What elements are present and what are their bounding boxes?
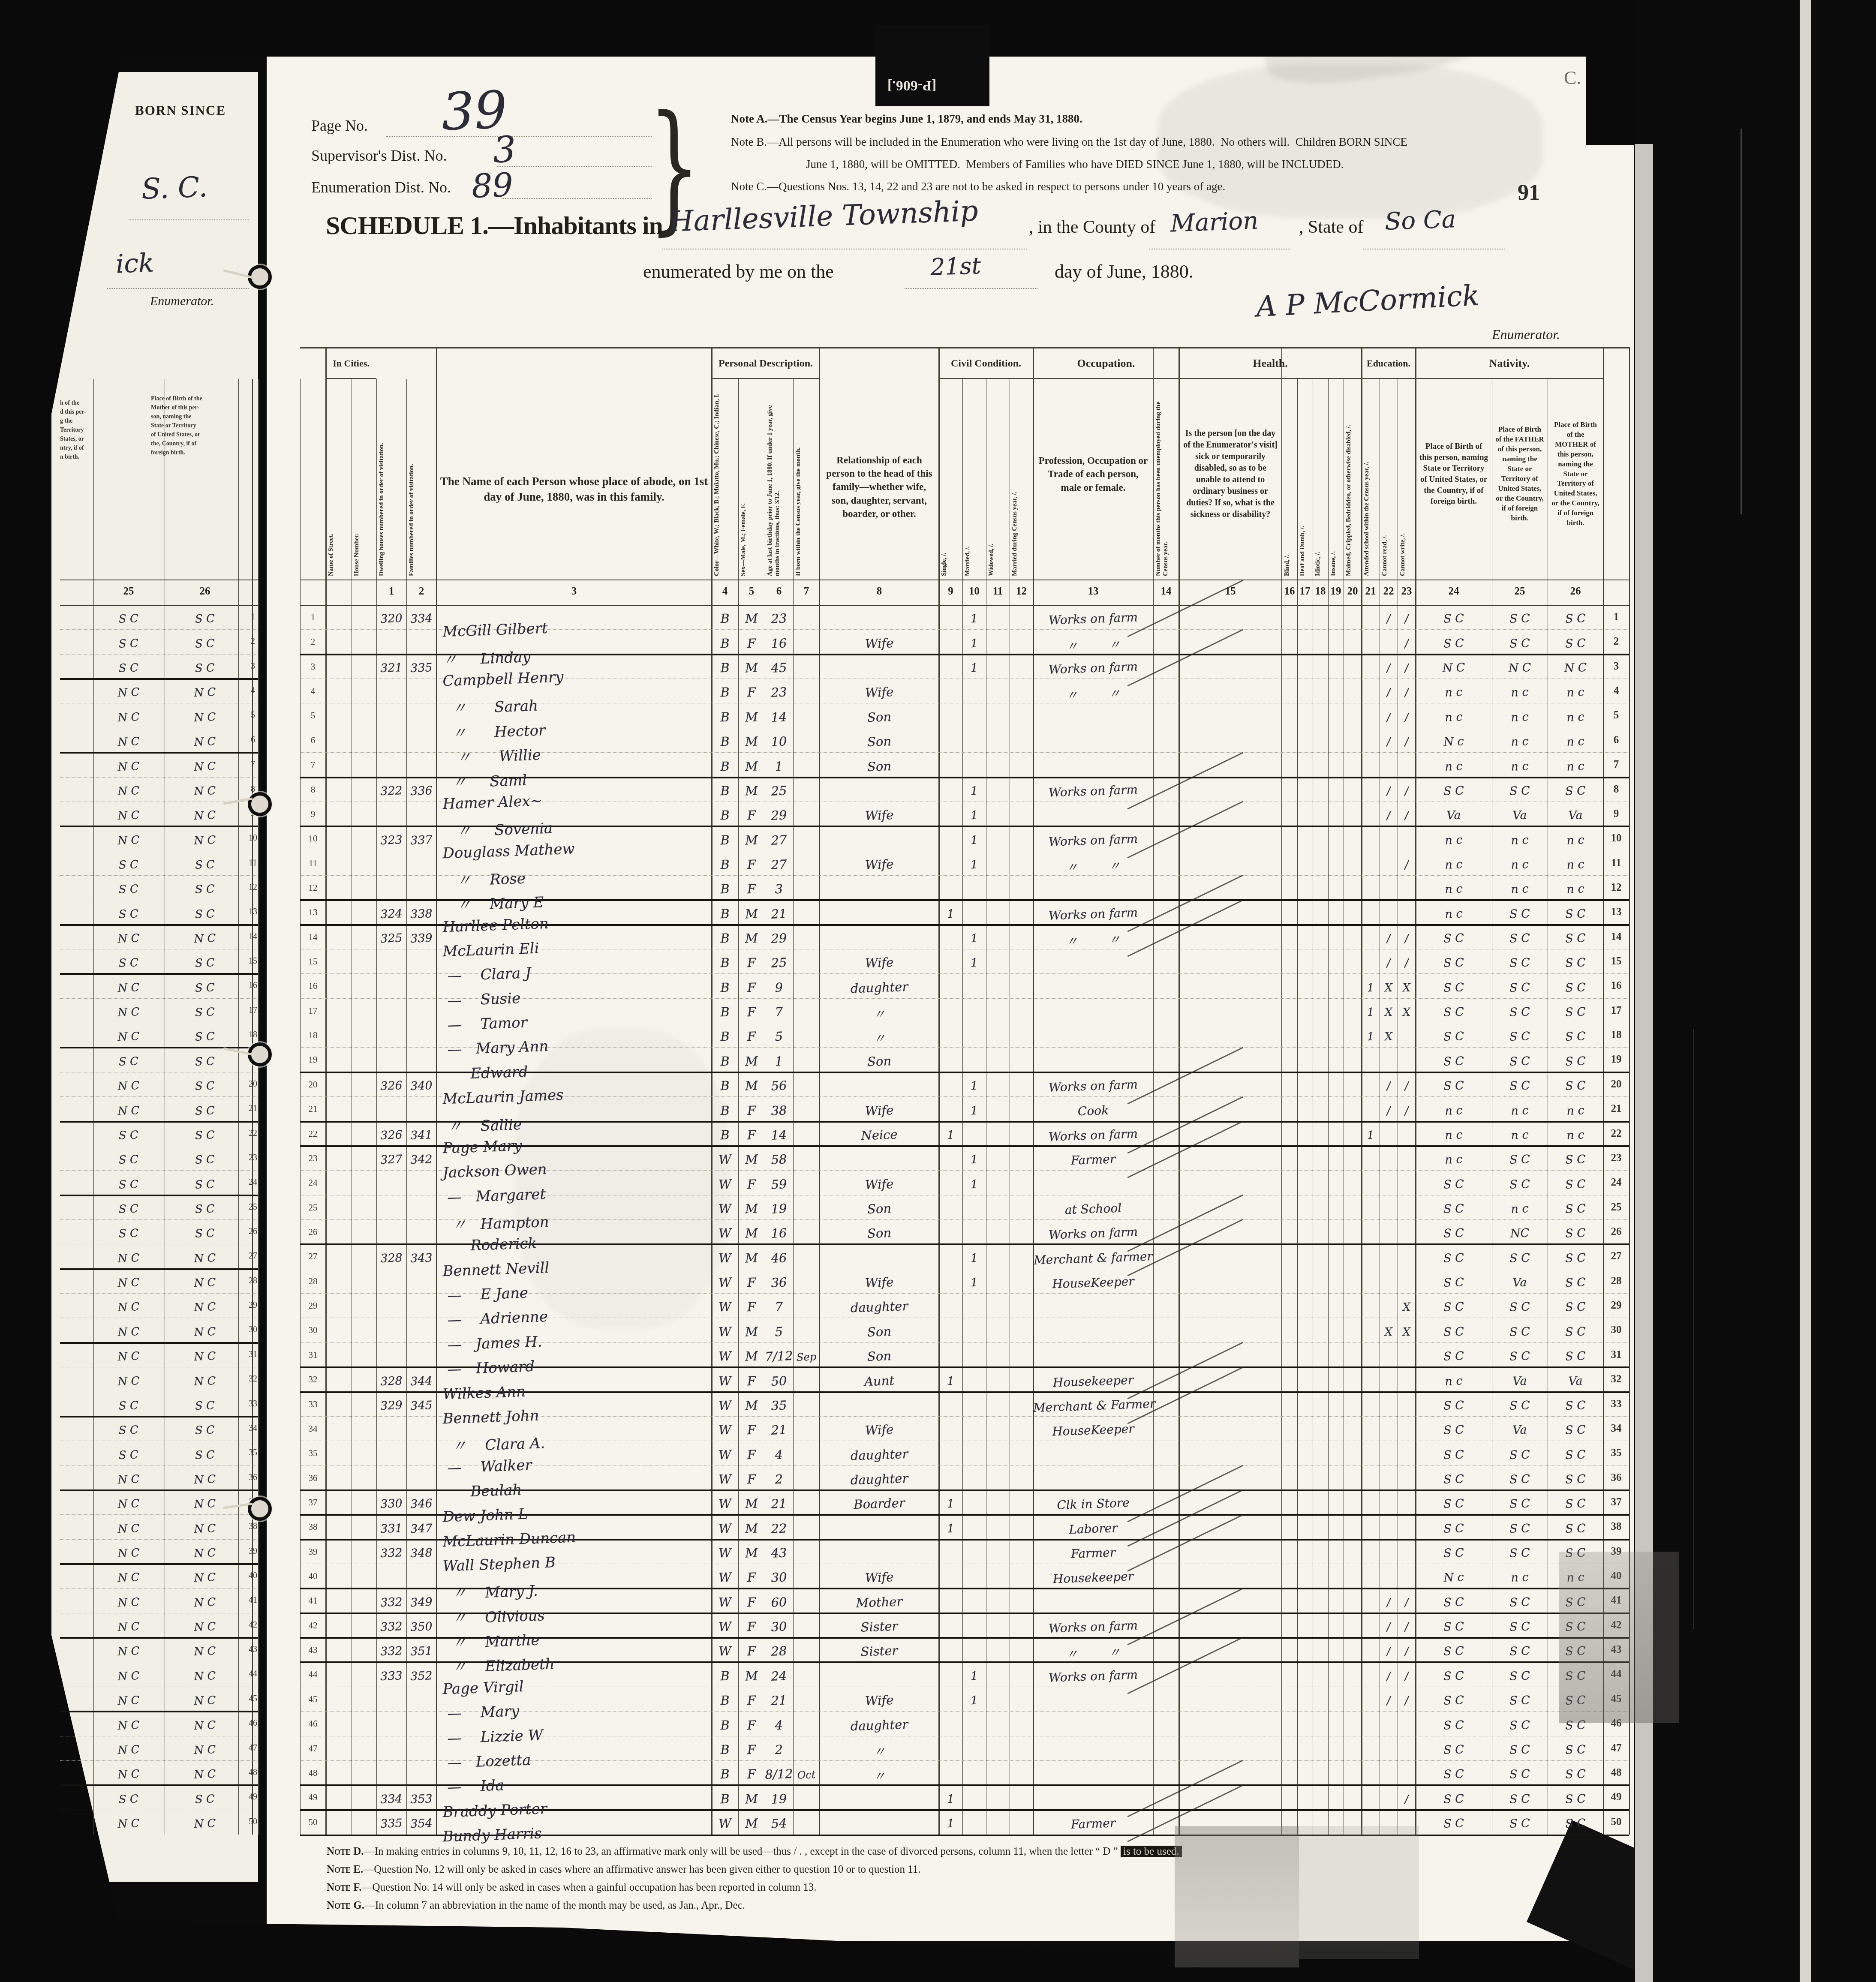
cell-birthplace: n c	[1416, 1127, 1492, 1143]
cell-birthplace: n c	[1416, 906, 1492, 922]
row-number-right: 16	[1603, 980, 1629, 992]
bleed-cell-birthplace: S C	[171, 1792, 240, 1807]
cell-mother-birthplace: S C	[1547, 1546, 1603, 1561]
bleed-cell-birthplace: S C	[171, 1128, 240, 1143]
cell-birthplace: n c	[1416, 857, 1492, 873]
row-number-right: 41	[1603, 1595, 1629, 1607]
cell-cannot-write: X	[1397, 1006, 1416, 1019]
cell-color: B	[711, 955, 738, 970]
bleed-row-separator	[60, 1170, 258, 1171]
row-number-left: 13	[300, 907, 326, 918]
cell-birthplace: n c	[1416, 758, 1492, 774]
bleed-cell-birthplace: N C	[171, 1669, 240, 1684]
cell-age: 1	[764, 758, 793, 774]
cell-mother-birthplace: S C	[1547, 1054, 1603, 1069]
cell-father-birthplace: Va	[1491, 1423, 1548, 1438]
cell-color: B	[711, 881, 738, 897]
cell-mother-birthplace: S C	[1547, 1742, 1603, 1758]
cell-single: 1	[938, 907, 962, 921]
bleed-cell-birthplace: N C	[171, 808, 240, 823]
column-label-n3: Place of Birth of the MOTHER of this per…	[1551, 373, 1600, 575]
table-vline	[1629, 347, 1630, 1835]
row-number-right: 3	[1603, 661, 1629, 673]
cell-family: 337	[406, 833, 436, 847]
column-number-19: 19	[1328, 586, 1344, 598]
row-number-right: 19	[1603, 1054, 1629, 1066]
column-label-dw: Dwelling houses numbered in order of vis…	[378, 353, 405, 576]
row-number-right: 24	[1603, 1177, 1629, 1189]
cell-color: W	[711, 1471, 738, 1487]
cell-cannot-write: X	[1397, 1325, 1416, 1339]
bleed-row-separator	[60, 1810, 258, 1810]
bleed-row-separator	[60, 949, 258, 949]
cell-color: B	[711, 1766, 738, 1782]
cell-dwelling: 334	[376, 1792, 406, 1806]
bleed-cell-birthplace: N C	[171, 1300, 240, 1315]
cell-dwelling: 324	[376, 907, 406, 921]
note-a: Note A.—The Census Year begins June 1, 1…	[731, 112, 1082, 126]
row-number-left: 24	[300, 1177, 326, 1188]
cell-mother-birthplace: S C	[1547, 1423, 1603, 1438]
bleed-row-separator	[60, 875, 258, 876]
cell-sex: M	[738, 758, 765, 774]
cell-father-birthplace: S C	[1491, 1619, 1548, 1635]
cell-father-birthplace: n c	[1491, 1103, 1548, 1118]
bleed-cell-birthplace: S C	[171, 661, 240, 676]
bleed-family-separator	[60, 1784, 258, 1786]
row-number-right: 14	[1603, 931, 1629, 943]
cell-mother-birthplace: S C	[1547, 1005, 1603, 1020]
cell-birthplace: S C	[1416, 1398, 1492, 1414]
cell-cannot-read: X	[1379, 981, 1398, 994]
cell-father-birthplace: n c	[1491, 832, 1548, 848]
cell-family: 344	[406, 1374, 436, 1388]
cell-mother-birthplace: S C	[1547, 1078, 1603, 1094]
cell-sex: M	[738, 1791, 765, 1807]
column-number-20: 20	[1344, 586, 1362, 598]
cell-cannot-write: /	[1397, 1079, 1416, 1093]
bleed-cell-birthplace: N C	[94, 1324, 163, 1340]
bleed-row-separator	[60, 1096, 258, 1097]
bleed-row-number: 49	[240, 1792, 266, 1802]
cell-family: 351	[406, 1644, 436, 1658]
table-vline	[325, 347, 327, 1835]
cell-birthplace: n c	[1416, 832, 1492, 848]
cell-birthplace: S C	[1416, 1742, 1492, 1758]
film-strip-highlight	[1800, 0, 1811, 1982]
footnote-f: Note F.—Question No. 14 will only be ask…	[327, 1882, 816, 1894]
cell-color: W	[711, 1643, 738, 1659]
cell-father-birthplace: S C	[1491, 955, 1548, 971]
cell-sex: F	[738, 685, 765, 700]
cell-cannot-read: /	[1379, 1694, 1398, 1707]
footnote-text: —In making entries in columns 9, 10, 11,…	[364, 1846, 1121, 1857]
cell-mother-birthplace: S C	[1547, 636, 1603, 651]
column-number-7: 7	[793, 586, 820, 598]
bleed-cell-birthplace: S C	[94, 882, 163, 898]
cell-age: 38	[764, 1102, 793, 1118]
column-label-in: Insane, /.	[1330, 383, 1342, 576]
cell-sex: M	[738, 832, 765, 848]
binder-ring	[248, 792, 272, 816]
row-number-right: 28	[1603, 1275, 1629, 1287]
bleed-signature-fragment: ick	[115, 248, 155, 279]
cell-dwelling: 325	[376, 931, 406, 946]
column-label-cl: Color—White, W.; Black, B.; Mulatto, Mu.…	[713, 383, 737, 576]
row-number-right: 32	[1603, 1373, 1629, 1385]
cell-family: 354	[406, 1817, 436, 1831]
bleed-cell-birthplace: S C	[171, 1054, 240, 1069]
cell-age: 2	[764, 1471, 793, 1487]
row-number-left: 43	[300, 1645, 326, 1655]
bleed-cell-birthplace: N C	[171, 1546, 240, 1561]
row-number-right: 35	[1603, 1447, 1629, 1459]
cell-birthplace: N C	[1416, 660, 1492, 676]
bleed-cell-birthplace: N C	[94, 808, 163, 823]
cell-birthplace: S C	[1416, 1447, 1492, 1462]
top-tag-text: [P-606.]	[887, 77, 936, 93]
cell-family: 346	[406, 1497, 436, 1511]
cell-father-birthplace: S C	[1491, 1767, 1548, 1782]
cell-father-birthplace: n c	[1491, 685, 1548, 700]
state-line	[1363, 249, 1505, 249]
bleed-row-separator	[60, 1367, 258, 1367]
cell-cannot-write: /	[1397, 784, 1416, 798]
bleed-state-line	[129, 219, 249, 220]
bleed-row-separator	[60, 900, 258, 900]
cell-color: W	[711, 1177, 738, 1192]
table-vline	[1361, 347, 1362, 1835]
cell-age: 50	[764, 1373, 793, 1388]
day-value: 21st	[930, 252, 981, 281]
cell-mother-birthplace: S C	[1547, 1472, 1603, 1487]
cell-married: 1	[962, 612, 986, 626]
bleed-row-separator	[60, 1146, 258, 1146]
cell-cannot-write: X	[1397, 981, 1416, 994]
cell-cannot-write: /	[1397, 1694, 1416, 1707]
cell-color: W	[711, 1201, 738, 1216]
cell-age: 1	[764, 1054, 793, 1069]
column-label-n1: Place of Birth of this person, naming St…	[1419, 373, 1488, 575]
cell-cannot-write: /	[1397, 1645, 1416, 1658]
bleed-row-number: 40	[240, 1571, 266, 1581]
cell-single: 1	[938, 1128, 962, 1142]
cell-birthplace: S C	[1416, 1324, 1492, 1340]
footnote-label: Note E.	[327, 1864, 363, 1875]
column-label-un: Number of months this person has been un…	[1155, 383, 1177, 576]
cell-single: 1	[938, 1374, 962, 1388]
cell-sex: F	[738, 1693, 765, 1708]
column-number-17: 17	[1297, 586, 1313, 598]
cell-cannot-read: /	[1379, 1620, 1398, 1634]
column-number-8: 8	[820, 586, 939, 598]
bleed-cell-birthplace: N C	[171, 1619, 240, 1635]
cell-color: B	[711, 1693, 738, 1708]
cell-father-birthplace: n c	[1491, 882, 1548, 897]
column-number-1: 1	[376, 586, 406, 598]
column-label-hl: Is the person [on the day of the Enumera…	[1182, 373, 1278, 575]
cell-sex: F	[738, 1619, 765, 1634]
cell-dwelling: 332	[376, 1620, 406, 1634]
cell-birthplace: n c	[1416, 1152, 1492, 1168]
row-number-left: 19	[300, 1054, 326, 1065]
row-number-right: 48	[1603, 1767, 1629, 1779]
cell-birthplace: n c	[1416, 1373, 1492, 1389]
bleed-row-separator	[60, 1588, 258, 1589]
bleed-cell-birthplace: S C	[171, 956, 240, 971]
cell-birthplace: S C	[1416, 1668, 1492, 1684]
cell-sex: F	[738, 1643, 765, 1659]
bleed-row-number: 4	[240, 686, 266, 696]
cell-father-birthplace: NC	[1491, 1226, 1548, 1241]
page-stamp-91: 91	[1518, 180, 1540, 205]
bleed-cell-birthplace: N C	[171, 1644, 240, 1660]
cell-color: B	[711, 611, 738, 626]
cell-married: 1	[962, 1251, 986, 1265]
bleed-family-separator	[60, 973, 258, 975]
bleed-cell-birthplace: N C	[171, 1693, 240, 1709]
row-number-right: 10	[1603, 832, 1629, 844]
bleed-row-separator	[60, 1662, 258, 1662]
cell-color: W	[711, 1324, 738, 1339]
bleed-row-separator	[60, 1539, 258, 1540]
cell-married: 1	[962, 1669, 986, 1683]
column-number-25: 25	[1492, 586, 1548, 598]
cell-dwelling: 335	[376, 1817, 406, 1831]
bleed-row-number: 26	[240, 1227, 266, 1237]
bleed-row-number: 27	[240, 1251, 266, 1261]
cell-color: B	[711, 709, 738, 725]
cell-age: 22	[764, 1521, 793, 1536]
cell-father-birthplace: n c	[1491, 759, 1548, 774]
cell-sex: M	[738, 1201, 765, 1216]
cell-father-birthplace: S C	[1491, 784, 1548, 799]
cell-father-birthplace: n c	[1491, 1128, 1548, 1143]
cell-age: 25	[764, 783, 793, 799]
group-header-in_cities: In Cities.	[326, 349, 376, 379]
cell-father-birthplace: S C	[1491, 1152, 1548, 1168]
bleed-row-number: 31	[240, 1350, 266, 1360]
cell-birthplace: S C	[1416, 1766, 1492, 1782]
bleed-cell-birthplace: S C	[94, 636, 163, 652]
bleed-row-number: 34	[240, 1423, 266, 1433]
bleed-cell-birthplace: S C	[171, 882, 240, 898]
cell-age: 59	[764, 1176, 793, 1192]
footnote-label: Note F.	[327, 1882, 362, 1893]
row-number-left: 8	[300, 784, 326, 795]
bleed-row-separator	[60, 1318, 258, 1318]
cell-father-birthplace: S C	[1491, 1324, 1548, 1340]
cell-birthplace: S C	[1416, 1275, 1492, 1291]
bleed-row-number: 36	[240, 1473, 266, 1483]
cell-mother-birthplace: S C	[1547, 1644, 1603, 1659]
cell-sex: F	[738, 857, 765, 872]
column-label-street: Name of Street.	[328, 383, 350, 576]
bleed-col-number: 26	[179, 586, 231, 598]
bleed-family-separator	[60, 1490, 258, 1491]
column-number-21: 21	[1362, 586, 1380, 598]
bleed-cell-birthplace: N C	[94, 1742, 163, 1758]
cell-dwelling: 327	[376, 1153, 406, 1167]
cell-cannot-write: /	[1397, 661, 1416, 675]
cell-attended-school: 1	[1361, 1129, 1380, 1142]
cell-sex: M	[738, 1152, 765, 1167]
bleed-row-number: 17	[240, 1006, 266, 1015]
cell-sex: F	[738, 1373, 765, 1388]
cell-cannot-write: /	[1397, 858, 1416, 871]
cell-cannot-write: /	[1397, 735, 1416, 748]
row-number-right: 8	[1603, 784, 1629, 796]
cell-birthplace: S C	[1416, 1250, 1492, 1266]
bleed-row-number: 47	[240, 1743, 266, 1753]
cell-birthplace: n c	[1416, 1102, 1492, 1118]
cell-color: W	[711, 1398, 738, 1413]
bleed-row-separator	[60, 654, 258, 655]
cell-sex: M	[738, 1668, 765, 1684]
column-label-oc: Profession, Occupation or Trade of each …	[1037, 373, 1150, 575]
bleed-cell-birthplace: N C	[94, 1521, 163, 1537]
cell-mother-birthplace: n c	[1547, 832, 1603, 848]
row-number-left: 16	[300, 981, 326, 991]
cell-age: 56	[764, 1078, 793, 1093]
cell-color: B	[711, 1127, 738, 1143]
cell-sex: M	[738, 783, 765, 799]
cell-family: 334	[406, 612, 436, 626]
cell-age: 30	[764, 1619, 793, 1634]
row-number-left: 21	[300, 1104, 326, 1114]
row-number-right: 43	[1603, 1644, 1629, 1656]
row-number-right: 22	[1603, 1128, 1629, 1140]
row-number-right: 2	[1603, 636, 1629, 648]
column-number-6: 6	[765, 586, 793, 598]
row-number-left: 31	[300, 1350, 326, 1360]
cell-married: 1	[962, 1079, 986, 1093]
row-number-left: 50	[300, 1817, 326, 1828]
cell-sex: F	[738, 955, 765, 970]
bleed-cell-birthplace: S C	[171, 907, 240, 922]
row-number-right: 30	[1603, 1324, 1629, 1336]
cell-cannot-read: /	[1379, 809, 1398, 823]
cell-sex: M	[738, 1816, 765, 1831]
cell-family: 347	[406, 1521, 436, 1535]
row-number-right: 49	[1603, 1791, 1629, 1803]
cell-age: 27	[764, 832, 793, 847]
cell-age: 19	[764, 1201, 793, 1216]
row-number-left: 3	[300, 661, 326, 672]
bleed-family-separator	[60, 1416, 258, 1417]
column-number-9: 9	[939, 586, 962, 598]
row-number-right: 44	[1603, 1668, 1629, 1680]
cell-cannot-read: /	[1379, 1670, 1398, 1683]
cell-cannot-write: /	[1397, 637, 1416, 650]
bleed-row-separator	[60, 998, 258, 999]
bleed-row-separator	[60, 1293, 258, 1294]
top-tag-stamp	[875, 25, 989, 106]
bleed-cell-birthplace: S C	[171, 1447, 240, 1463]
cell-age: 5	[764, 1324, 793, 1339]
bleed-cell-birthplace: N C	[171, 1349, 240, 1364]
cell-color: B	[711, 1742, 738, 1757]
bleed-row-number: 6	[240, 735, 266, 745]
row-number-right: 42	[1603, 1619, 1629, 1631]
schedule-title: SCHEDULE 1.—Inhabitants in	[326, 211, 663, 240]
cell-married: 1	[962, 1104, 986, 1118]
bleed-cell-birthplace: N C	[94, 1571, 163, 1586]
bleed-cell-birthplace: S C	[94, 857, 163, 873]
cell-mother-birthplace: S C	[1547, 1718, 1603, 1733]
cell-age: 45	[764, 660, 793, 676]
county-label: , in the County of	[1029, 217, 1155, 237]
cell-birthplace: S C	[1416, 1619, 1492, 1635]
row-number-right: 12	[1603, 882, 1629, 894]
row-number-left: 14	[300, 932, 326, 943]
bleed-cell-birthplace: N C	[94, 1718, 163, 1733]
cell-mother-birthplace: n c	[1547, 857, 1603, 873]
cell-mother-birthplace: Va	[1547, 1373, 1603, 1389]
cell-age: 4	[764, 1447, 793, 1462]
row-number-right: 15	[1603, 955, 1629, 967]
row-number-left: 35	[300, 1448, 326, 1459]
cell-cannot-write: /	[1397, 686, 1416, 700]
row-number-right: 34	[1603, 1423, 1629, 1435]
cell-father-birthplace: S C	[1491, 636, 1548, 651]
cell-color: W	[711, 1816, 738, 1831]
cell-dwelling: 322	[376, 784, 406, 798]
cell-mother-birthplace: S C	[1547, 1791, 1603, 1807]
footnote-label: Note D.	[327, 1846, 364, 1857]
cell-cannot-write: X	[1397, 1301, 1416, 1314]
cell-color: B	[711, 1102, 738, 1118]
cell-month-born: Oct	[793, 1769, 820, 1781]
cell-birthplace: n c	[1416, 709, 1492, 725]
bleed-row-separator	[60, 1613, 258, 1613]
bleed-row-separator	[60, 1687, 258, 1687]
note-b-line1: Note B.—All persons will be included in …	[731, 135, 1407, 149]
cell-father-birthplace: n c	[1491, 1201, 1548, 1217]
county-line	[1149, 249, 1290, 249]
row-number-left: 47	[300, 1743, 326, 1754]
cell-father-birthplace: n c	[1491, 1570, 1548, 1586]
cell-mother-birthplace: n c	[1547, 1128, 1603, 1143]
cell-cannot-read: /	[1379, 932, 1398, 945]
cell-age: 54	[764, 1816, 793, 1831]
cell-single: 1	[938, 1497, 962, 1511]
row-number-right: 29	[1603, 1300, 1629, 1312]
bleed-row-number: 10	[240, 833, 266, 843]
cell-birthplace: Va	[1416, 808, 1492, 823]
row-number-left: 23	[300, 1153, 326, 1164]
row-number-right: 26	[1603, 1226, 1629, 1238]
bleed-cell-birthplace: N C	[171, 784, 240, 799]
cell-color: W	[711, 1545, 738, 1561]
bleed-born-since: BORN SINCE	[135, 103, 226, 118]
cell-mother-birthplace: S C	[1547, 1152, 1603, 1168]
bleed-row-separator	[60, 1441, 258, 1441]
cell-father-birthplace: S C	[1491, 1078, 1548, 1094]
cell-color: B	[711, 1717, 738, 1733]
group-header-personal: Personal Description.	[712, 349, 820, 379]
row-number-left: 46	[300, 1718, 326, 1729]
row-number-right: 27	[1603, 1250, 1629, 1262]
bleed-row-number: 11	[240, 858, 266, 868]
cell-family: 338	[406, 907, 436, 921]
bleed-cell-birthplace: N C	[94, 759, 163, 775]
cell-attended-school: 1	[1361, 1006, 1380, 1019]
cell-cannot-write: /	[1397, 1620, 1416, 1634]
bleed-cell-birthplace: N C	[94, 685, 163, 701]
bleed-row-number: 2	[240, 637, 266, 646]
cell-birthplace: S C	[1416, 1422, 1492, 1438]
